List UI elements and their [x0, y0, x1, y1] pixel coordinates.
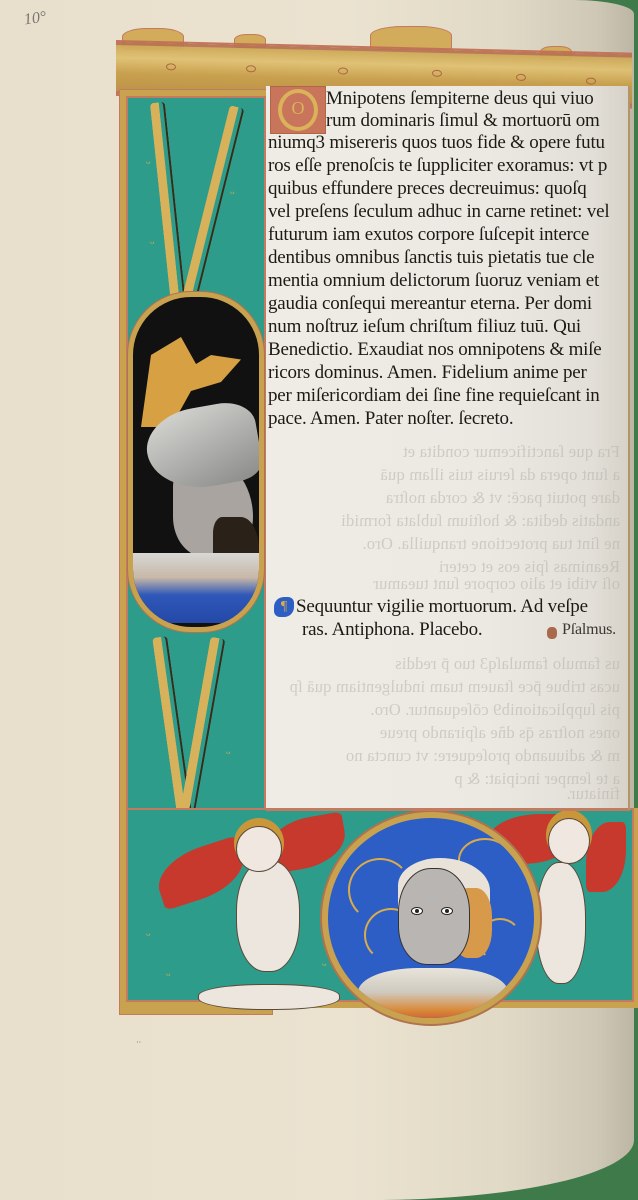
putto-left-head: [236, 826, 282, 872]
rivet-ornament: [516, 74, 526, 81]
illuminated-initial: O: [270, 86, 326, 134]
woman-face: [398, 868, 470, 965]
text-line: futurum iam exutos corpore ſuſcepit inte…: [268, 224, 589, 246]
text-line: quibus effundere preces decreuimus: quoſ…: [268, 178, 587, 200]
shoulder-drapery: [133, 553, 259, 623]
eye: [411, 907, 423, 915]
gold-sparkle: ᴗ: [226, 746, 231, 756]
text-line: Mnipotens ſempiterne deus qui viuo: [326, 88, 594, 110]
show-through-line: m & adiuuando proſequere: vt cuncta no: [270, 746, 620, 766]
gold-sparkle: ᴗ: [146, 928, 151, 938]
text-line: pace. Amen. Pater noſter. ſecreto.: [268, 408, 513, 430]
gold-sparkle: ᴗ: [322, 958, 327, 968]
eye: [441, 907, 453, 915]
left-medallion-helmeted-man: [128, 292, 264, 632]
initial-letter: O: [278, 89, 318, 131]
text-line: mentia omnium delictorum ſuoruz veniam e…: [268, 270, 599, 292]
text-line: Benedictio. Exaudiat nos omnipotens & mi…: [268, 339, 602, 361]
text-line: gaudia conſequi mereantur eterna. Per do…: [268, 293, 592, 315]
show-through-line: dare potuit pacē: vt & corda noſtra: [270, 488, 620, 508]
show-through-line: oſi vtibi et alio corpore ſunt tueamur: [270, 574, 620, 594]
gold-sparkle: ᴗ: [166, 968, 171, 978]
rivet-ornament: [166, 63, 176, 70]
gold-branch: [150, 102, 185, 298]
text-line: dentibus omnibus ſanctis tuis pietatis t…: [268, 247, 594, 269]
ink-smudge: ··: [136, 1038, 141, 1047]
show-through-line: Fra que ſanctificemur condita et: [270, 442, 620, 462]
rivet-ornament: [338, 67, 348, 74]
bottom-medallion-woman: [322, 812, 540, 1024]
gold-sparkle: ᴗ: [230, 186, 235, 196]
rivet-ornament: [586, 77, 596, 84]
blue-paragraph-mark-icon: ¶: [274, 597, 294, 617]
text-line: per miſericordiam dei ſine fine requieſc…: [268, 385, 600, 407]
gold-paragraph-mark-icon: [547, 627, 557, 639]
putto-right-head: [548, 818, 590, 864]
show-through-line: pis ſupplicationib9 cōſequantur. Oro.: [270, 700, 620, 720]
gold-sparkle: ᴗ: [146, 156, 151, 166]
manuscript-page: 10° ᴗ ᴗ ᴗ ᴗ ᴗ ᴗ ᴗ ᴗ: [0, 0, 634, 1200]
putto-right: [536, 862, 586, 984]
woman-bodice: [358, 968, 508, 1024]
text-line: ricors dominus. Amen. Fidelium anime per: [268, 362, 587, 384]
text-line: niumq3 misereris quos tuos fide & opere …: [268, 132, 605, 154]
text-line: num noſtruz ieſum chriſtum filiuz tuū. Q…: [268, 316, 581, 338]
rivet-ornament: [246, 65, 256, 72]
putto-left-leg: [198, 984, 340, 1010]
text-line: rum dominaris ſimul & mortuorū om: [326, 110, 600, 132]
show-through-line: finiatur.: [270, 784, 620, 804]
text-line: vel preſens ſeculum adhuc in carne retin…: [268, 201, 609, 223]
show-through-line: ones noſtras q̄s dñe aſpirando preue: [270, 723, 620, 743]
red-wing: [586, 822, 626, 892]
show-through-line: a ſunt opera da ſeruis tuis illam quā: [270, 465, 620, 485]
rubric-line: Sequuntur vigilie mortuorum. Ad veſpe: [296, 596, 588, 618]
show-through-line: andatis dedita: & hoſtium ſublata formid…: [270, 511, 620, 531]
putto-left: [236, 860, 300, 972]
show-through-line: ucas tribue p̄ce ſtauem tuam indulgentia…: [270, 677, 620, 697]
text-line: ros eſſe prenoſcis te ſuppliciter exoram…: [268, 155, 607, 177]
gold-sparkle: ᴗ: [150, 236, 155, 246]
gold-branch: [183, 105, 245, 299]
rivet-ornament: [432, 70, 442, 77]
folio-number: 10°: [23, 9, 48, 30]
show-through-line: ne ſint tua protectione tranquilla. Oro.: [270, 534, 620, 554]
rubric-psalmus: Pſalmus.: [562, 621, 616, 639]
rubric-line: ras. Antiphona. Placebo.: [302, 619, 482, 641]
show-through-line: us famulo famulaſq3 tuo p̄ reddis: [270, 654, 620, 674]
